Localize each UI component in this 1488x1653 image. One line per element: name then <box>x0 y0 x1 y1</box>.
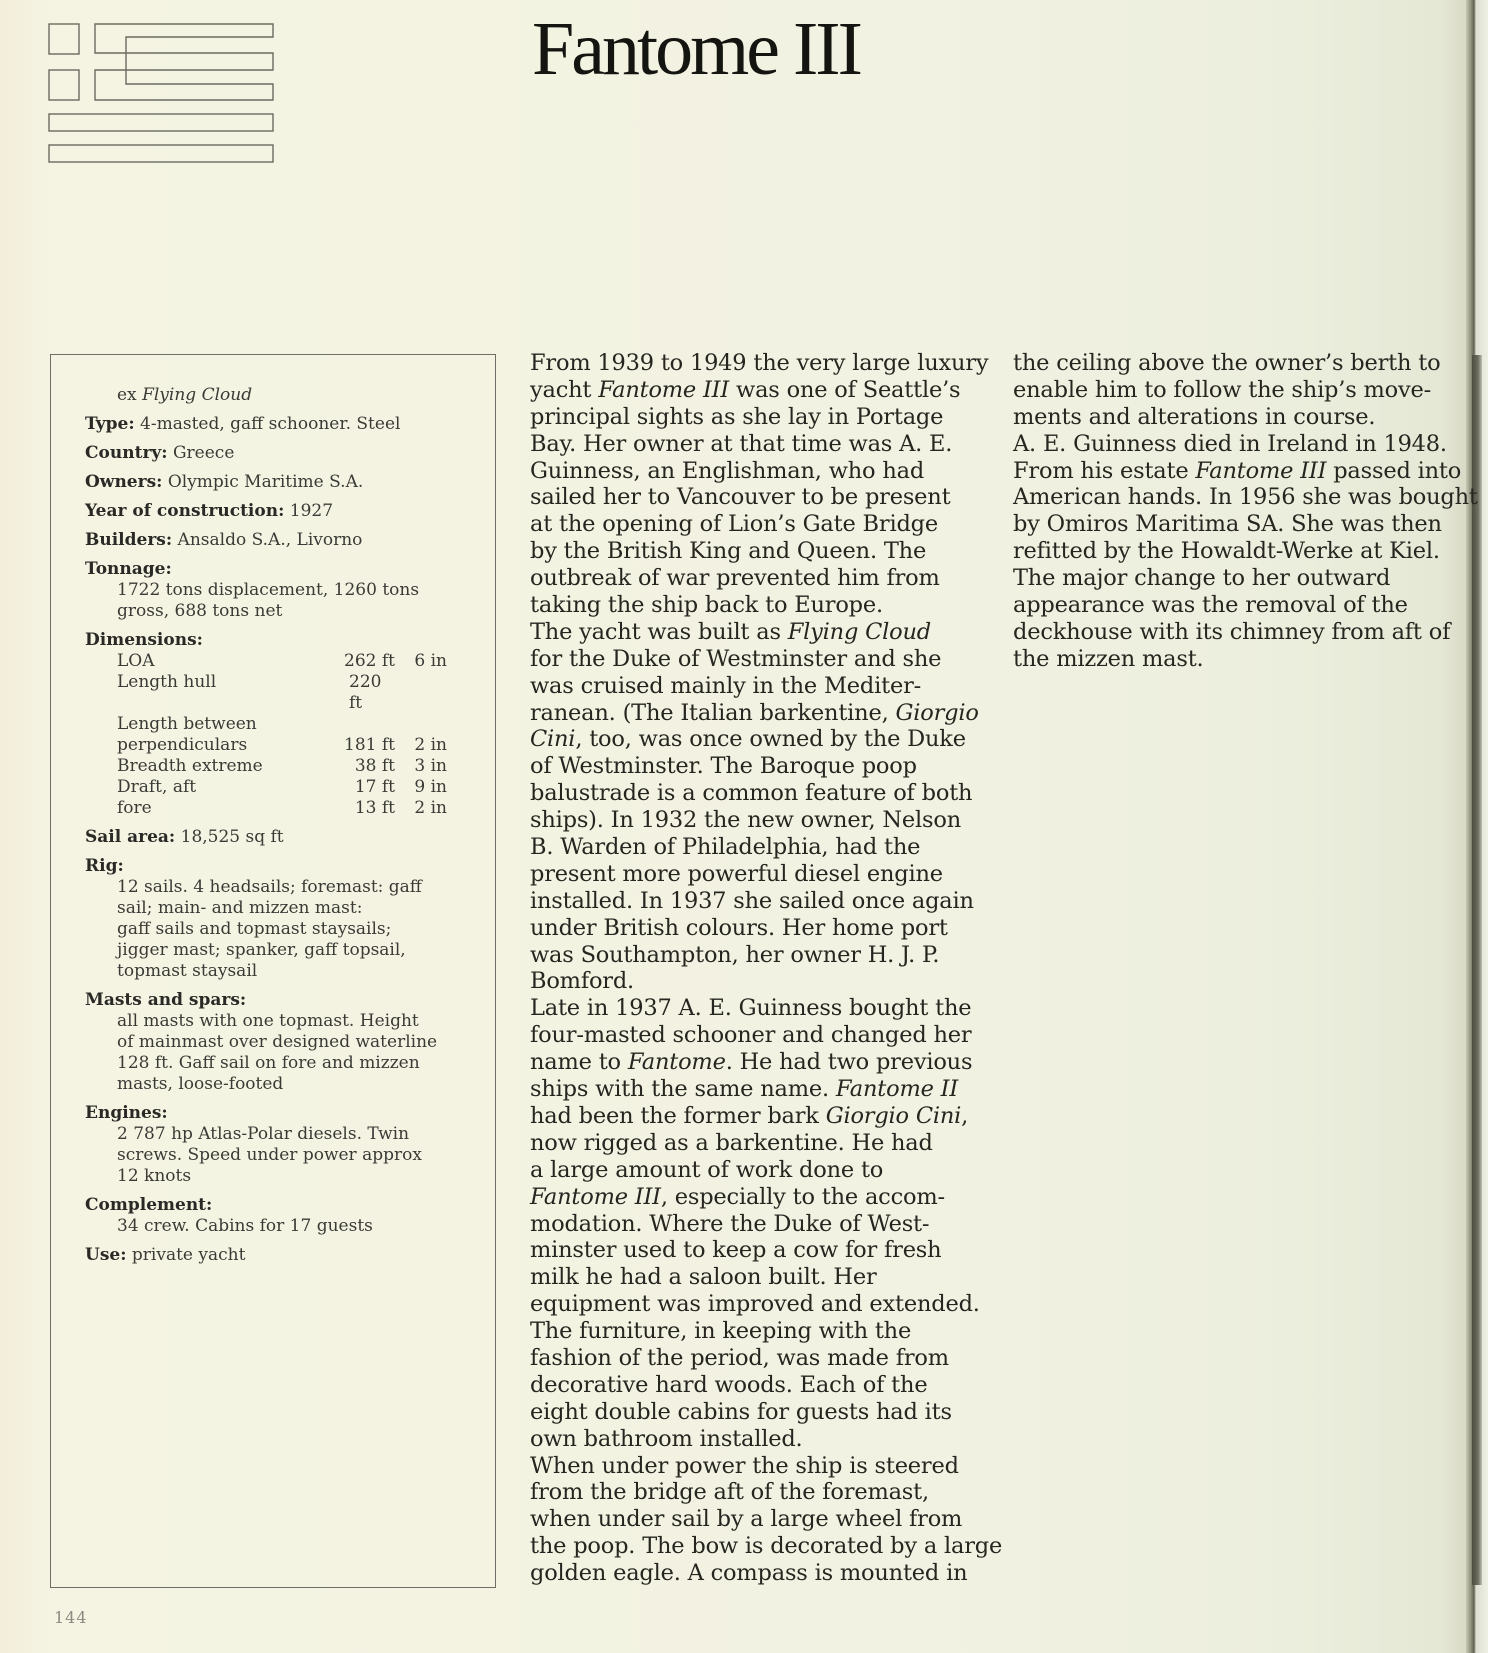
former-name: ex Flying Cloud <box>85 385 485 406</box>
spec-use: Use: private yacht <box>85 1245 485 1266</box>
spec-value: Greece <box>168 443 235 463</box>
text-line: refitted by the Howaldt-Werke at Kiel. <box>1013 538 1473 565</box>
spec-builders: Builders: Ansaldo S.A., Livorno <box>85 530 485 551</box>
text-line: a large amount of work done to <box>530 1157 990 1184</box>
dimension-name: Draft, aft <box>117 777 337 798</box>
spec-line: 1722 tons displacement, 1260 tons <box>85 580 485 601</box>
spec-line: masts, loose-footed <box>85 1074 485 1095</box>
spec-label: Masts and spars: <box>85 990 485 1011</box>
text-line: under British colours. Her home port <box>530 915 990 942</box>
spec-line: sail; main- and mizzen mast: <box>85 898 485 919</box>
specification-box: ex Flying Cloud Type: 4-masted, gaff sch… <box>50 354 496 1588</box>
text-line: own bathroom installed. <box>530 1426 990 1453</box>
text-line: modation. Where the Duke of West- <box>530 1211 990 1238</box>
spec-line: 128 ft. Gaff sail on fore and mizzen <box>85 1053 485 1074</box>
spec-owners: Owners: Olympic Maritime S.A. <box>85 472 485 493</box>
spec-label: Type: <box>85 414 135 434</box>
text-line: eight double cabins for guests had its <box>530 1399 990 1426</box>
text-line: deckhouse with its chimney from aft of <box>1013 619 1473 646</box>
text-line: Late in 1937 A. E. Guinness bought the <box>530 995 990 1022</box>
text-line: principal sights as she lay in Portage <box>530 404 990 431</box>
body-text-column-right: the ceiling above the owner’s berth toen… <box>1013 350 1473 673</box>
text-line: Fantome III, especially to the accom- <box>530 1184 990 1211</box>
spec-sail-area: Sail area: 18,525 sq ft <box>85 827 485 848</box>
spec-year: Year of construction: 1927 <box>85 501 485 522</box>
ship-name: Cini <box>530 726 575 752</box>
spec-masts: Masts and spars: all masts with one topm… <box>85 990 485 1095</box>
page-title: Fantome III <box>532 6 912 93</box>
ship-name: Fantome II <box>836 1076 958 1102</box>
dimension-feet: 17 ft <box>337 777 407 798</box>
spec-value: 1927 <box>284 501 333 521</box>
spec-label: Tonnage: <box>85 559 485 580</box>
former-name-value: Flying Cloud <box>142 385 252 405</box>
text-line: four-masted schooner and changed her <box>530 1022 990 1049</box>
body-text-column-main: From 1939 to 1949 the very large luxuryy… <box>530 350 990 1587</box>
spec-value: Olympic Maritime S.A. <box>162 472 363 492</box>
dimension-feet: 13 ft <box>337 798 407 819</box>
spec-dimensions: Dimensions: LOA262 ft6 in Length hull220… <box>85 630 485 819</box>
text-line: had been the former bark Giorgio Cini, <box>530 1103 990 1130</box>
text-line: installed. In 1937 she sailed once again <box>530 888 990 915</box>
dimension-feet <box>337 714 407 735</box>
spec-engines: Engines: 2 787 hp Atlas-Polar diesels. T… <box>85 1103 485 1187</box>
text-line: outbreak of war prevented him from <box>530 565 990 592</box>
spec-line: gross, 688 tons net <box>85 601 485 622</box>
dimension-name: Length between <box>117 714 337 735</box>
text-line: Bomford. <box>530 968 990 995</box>
ship-name: Flying Cloud <box>788 619 931 645</box>
dimension-name: fore <box>117 798 337 819</box>
dimension-name: Length hull <box>117 672 337 714</box>
text-line: balustrade is a common feature of both <box>530 780 990 807</box>
text-line: The yacht was built as Flying Cloud <box>530 619 990 646</box>
text-line: Cini, too, was once owned by the Duke <box>530 726 990 753</box>
spec-line: 2 787 hp Atlas-Polar diesels. Twin <box>85 1124 485 1145</box>
spec-label: Builders: <box>85 530 172 550</box>
spec-line: gaff sails and topmast staysails; <box>85 919 485 940</box>
text-line: sailed her to Vancouver to be present <box>530 484 990 511</box>
spec-country: Country: Greece <box>85 443 485 464</box>
text-line: ships). In 1932 the new owner, Nelson <box>530 807 990 834</box>
spec-list: ex Flying Cloud Type: 4-masted, gaff sch… <box>85 385 485 1274</box>
ship-name: Giorgio <box>896 700 979 726</box>
spec-line: 34 crew. Cabins for 17 guests <box>85 1216 485 1237</box>
facing-page-edge <box>1472 355 1482 1585</box>
text-line: American hands. In 1956 she was bought <box>1013 484 1473 511</box>
spec-label: Engines: <box>85 1103 485 1124</box>
spec-label: Use: <box>85 1245 127 1265</box>
spec-rig: Rig: 12 sails. 4 headsails; foremast: ga… <box>85 856 485 982</box>
spec-line: topmast staysail <box>85 961 485 982</box>
text-line: the mizzen mast. <box>1013 646 1473 673</box>
dimension-row: perpendiculars181 ft2 in <box>85 735 485 756</box>
text-line: appearance was the removal of the <box>1013 592 1473 619</box>
ship-name: Fantome <box>628 1049 726 1075</box>
dimension-inches <box>407 672 447 714</box>
spec-line: all masts with one topmast. Height <box>85 1011 485 1032</box>
text-line: milk he had a saloon built. Her <box>530 1264 990 1291</box>
page-number: 144 <box>54 1608 88 1627</box>
text-line: decorative hard woods. Each of the <box>530 1372 990 1399</box>
dimension-row: Length hull220 ft <box>85 672 485 714</box>
dimension-name: Breadth extreme <box>117 756 337 777</box>
spec-line: of mainmast over designed waterline <box>85 1032 485 1053</box>
text-line: at the opening of Lion’s Gate Bridge <box>530 511 990 538</box>
dimension-feet: 38 ft <box>337 756 407 777</box>
dimension-inches: 2 in <box>407 735 447 756</box>
spec-line: 12 knots <box>85 1166 485 1187</box>
dimension-row: Breadth extreme38 ft3 in <box>85 756 485 777</box>
text-line: equipment was improved and extended. <box>530 1291 990 1318</box>
spec-value: 18,525 sq ft <box>175 827 283 847</box>
spec-label: Rig: <box>85 856 485 877</box>
dimension-row: fore13 ft2 in <box>85 798 485 819</box>
text-line: when under sail by a large wheel from <box>530 1506 990 1533</box>
dimension-inches: 3 in <box>407 756 447 777</box>
spec-label: Complement: <box>85 1195 485 1216</box>
dimension-feet: 220 ft <box>337 672 407 714</box>
dimension-row: Length between <box>85 714 485 735</box>
text-line: B. Warden of Philadelphia, had the <box>530 834 990 861</box>
spec-label: Sail area: <box>85 827 175 847</box>
text-line: by Omiros Maritima SA. She was then <box>1013 511 1473 538</box>
text-line: The furniture, in keeping with the <box>530 1318 990 1345</box>
dimension-inches: 9 in <box>407 777 447 798</box>
dimension-feet: 181 ft <box>337 735 407 756</box>
text-line: Guinness, an Englishman, who had <box>530 458 990 485</box>
spec-value: 4-masted, gaff schooner. Steel <box>135 414 401 434</box>
spec-line: jigger mast; spanker, gaff topsail, <box>85 940 485 961</box>
dimension-inches: 2 in <box>407 798 447 819</box>
text-line: yacht Fantome III was one of Seattle’s <box>530 377 990 404</box>
spec-line: screws. Speed under power approx <box>85 1145 485 1166</box>
text-line: From 1939 to 1949 the very large luxury <box>530 350 990 377</box>
spec-label: Country: <box>85 443 168 463</box>
text-line: A. E. Guinness died in Ireland in 1948. <box>1013 431 1473 458</box>
former-name-prefix: ex <box>117 385 142 405</box>
greek-flag-outline-icon <box>48 22 278 167</box>
text-line: From his estate Fantome III passed into <box>1013 458 1473 485</box>
text-line: from the bridge aft of the foremast, <box>530 1479 990 1506</box>
dimension-name: LOA <box>117 651 337 672</box>
dimension-row: Draft, aft17 ft9 in <box>85 777 485 798</box>
text-line: name to Fantome. He had two previous <box>530 1049 990 1076</box>
spec-label: Year of construction: <box>85 501 284 521</box>
spec-tonnage: Tonnage: 1722 tons displacement, 1260 to… <box>85 559 485 622</box>
text-line: the ceiling above the owner’s berth to <box>1013 350 1473 377</box>
text-line: by the British King and Queen. The <box>530 538 990 565</box>
text-line: The major change to her outward <box>1013 565 1473 592</box>
spec-type: Type: 4-masted, gaff schooner. Steel <box>85 414 485 435</box>
dimension-inches <box>407 714 447 735</box>
dimension-inches: 6 in <box>407 651 447 672</box>
text-line: fashion of the period, was made from <box>530 1345 990 1372</box>
text-line: ships with the same name. Fantome II <box>530 1076 990 1103</box>
ship-name: Fantome III <box>530 1184 661 1210</box>
spec-line: 12 sails. 4 headsails; foremast: gaff <box>85 877 485 898</box>
text-line: Bay. Her owner at that time was A. E. <box>530 431 990 458</box>
text-line: ments and alterations in course. <box>1013 404 1473 431</box>
spec-complement: Complement: 34 crew. Cabins for 17 guest… <box>85 1195 485 1237</box>
dimension-name: perpendiculars <box>117 735 337 756</box>
dimension-row: LOA262 ft6 in <box>85 651 485 672</box>
ship-name: Fantome III <box>598 377 729 403</box>
spec-label: Dimensions: <box>85 630 485 651</box>
text-line: now rigged as a barkentine. He had <box>530 1130 990 1157</box>
ship-name: Fantome III <box>1195 458 1326 484</box>
text-line: for the Duke of Westminster and she <box>530 646 990 673</box>
text-line: the poop. The bow is decorated by a larg… <box>530 1533 990 1560</box>
text-line: enable him to follow the ship’s move- <box>1013 377 1473 404</box>
spec-value: private yacht <box>127 1245 246 1265</box>
text-line: golden eagle. A compass is mounted in <box>530 1560 990 1587</box>
text-line: present more powerful diesel engine <box>530 861 990 888</box>
text-line: was cruised mainly in the Mediter- <box>530 673 990 700</box>
spec-label: Owners: <box>85 472 162 492</box>
text-line: minster used to keep a cow for fresh <box>530 1237 990 1264</box>
spec-value: Ansaldo S.A., Livorno <box>172 530 362 550</box>
dimension-feet: 262 ft <box>337 651 407 672</box>
text-line: of Westminster. The Baroque poop <box>530 753 990 780</box>
text-line: When under power the ship is steered <box>530 1453 990 1480</box>
text-line: ranean. (The Italian barkentine, Giorgio <box>530 700 990 727</box>
text-line: was Southampton, her owner H. J. P. <box>530 942 990 969</box>
ship-name: Giorgio Cini <box>826 1103 961 1129</box>
text-line: taking the ship back to Europe. <box>530 592 990 619</box>
